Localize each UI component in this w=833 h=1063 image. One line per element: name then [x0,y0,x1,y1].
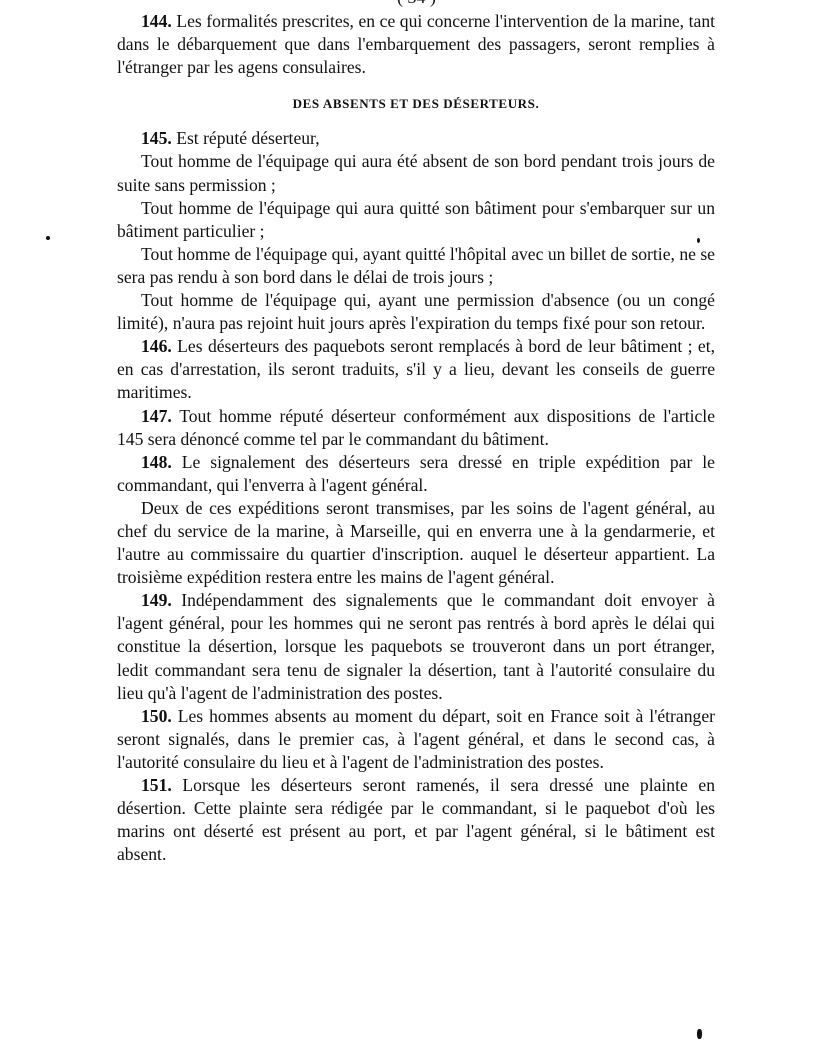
document-body: 144. Les formalités prescrites, en ce qu… [117,10,715,866]
article-number: 149. [141,590,172,610]
article-text: Les formalités prescrites, en ce qui con… [117,11,715,77]
article-148: 148. Le signalement des déserteurs sera … [117,451,715,497]
clause-text: Tout homme de l'équipage qui, ayant une … [117,290,715,333]
article-144: 144. Les formalités prescrites, en ce qu… [117,10,715,79]
article-number: 151. [141,775,172,795]
article-145-clause-2: Tout homme de l'équipage qui aura quitté… [117,197,715,243]
article-145-clause-1: Tout homme de l'équipage qui aura été ab… [117,150,715,196]
article-text: Tout homme réputé déserteur conformément… [117,406,715,449]
article-number: 145. [141,128,172,148]
article-150: 150. Les hommes absents au moment du dép… [117,705,715,774]
article-number: 144. [141,11,172,31]
clause-text: Deux de ces expéditions seront transmise… [117,498,715,587]
article-text: Est réputé déserteur, [172,128,320,148]
article-text: Lorsque les déserteurs seront ramenés, i… [117,775,715,864]
article-number: 147. [141,406,172,426]
article-145: 145. Est réputé déserteur, [117,127,715,150]
ink-speck-bottom [697,1029,702,1039]
article-145-clause-3: Tout homme de l'équipage qui, ayant quit… [117,243,715,289]
page-number-header: ( 34 ) [0,0,833,8]
clause-text: Tout homme de l'équipage qui aura quitté… [117,198,715,241]
article-text: Les déserteurs des paquebots seront remp… [117,336,715,402]
section-heading: DES ABSENTS ET DES DÉSERTEURS. [117,92,715,115]
article-number: 146. [141,336,172,356]
article-text: Indépendamment des signalements que le c… [117,590,715,702]
article-text: Les hommes absents au moment du départ, … [117,706,715,772]
article-149: 149. Indépendamment des signalements que… [117,589,715,704]
clause-text: Tout homme de l'équipage qui aura été ab… [117,151,715,194]
article-number: 150. [141,706,172,726]
article-number: 148. [141,452,172,472]
article-145-clause-4: Tout homme de l'équipage qui, ayant une … [117,289,715,335]
article-text: Le signalement des déserteurs sera dress… [117,452,715,495]
ink-speck-right [697,238,700,243]
article-147: 147. Tout homme réputé déserteur conform… [117,405,715,451]
article-151: 151. Lorsque les déserteurs seront ramen… [117,774,715,866]
ink-speck-left [46,236,50,240]
article-148-continuation: Deux de ces expéditions seront transmise… [117,497,715,589]
article-146: 146. Les déserteurs des paquebots seront… [117,335,715,404]
clause-text: Tout homme de l'équipage qui, ayant quit… [117,244,715,287]
